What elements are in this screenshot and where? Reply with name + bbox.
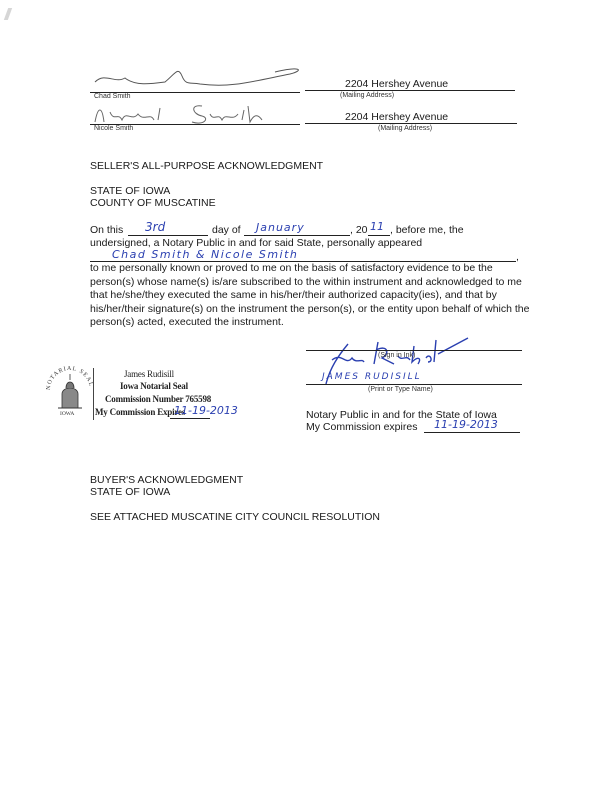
seal-title: Iowa Notarial Seal bbox=[120, 381, 188, 391]
year-line bbox=[368, 235, 390, 236]
address-label-nicole: (Mailing Address) bbox=[378, 125, 432, 132]
year-value: 11 bbox=[370, 220, 384, 233]
signature-nicole-smith bbox=[92, 100, 272, 126]
seal-expires-line bbox=[170, 418, 210, 419]
on-this-label: On this bbox=[90, 224, 123, 237]
address-line-nicole bbox=[305, 123, 517, 124]
commission-expires-label: My Commission expires bbox=[306, 421, 417, 434]
buyer-ack-state: STATE OF IOWA bbox=[90, 486, 170, 499]
year-prefix: , 20 bbox=[350, 224, 368, 237]
month-line bbox=[244, 235, 350, 236]
signer-name-nicole: Nicole Smith bbox=[94, 125, 133, 132]
seller-ack-title: SELLER'S ALL-PURPOSE ACKNOWLEDGMENT bbox=[90, 160, 323, 173]
notary-print-line bbox=[306, 384, 522, 385]
signer-name-chad: Chad Smith bbox=[94, 93, 131, 100]
acknowledgment-body: to me personally known or proved to me o… bbox=[90, 262, 530, 330]
seal-expires-label: My Commission Expires bbox=[95, 407, 185, 417]
signature-chad-smith bbox=[90, 64, 310, 94]
notary-printed-name: JAMES RUDISILL bbox=[322, 372, 422, 382]
commission-expires-value: 11-19-2013 bbox=[434, 418, 498, 431]
notarial-seal-icon: NOTARIAL SEAL IOWA bbox=[44, 364, 94, 416]
scan-artifact bbox=[4, 8, 12, 20]
seller-ack-county: COUNTY OF MUSCATINE bbox=[90, 197, 216, 210]
seal-state-text: IOWA bbox=[60, 411, 74, 417]
seal-expires-value: 11-19-2013 bbox=[174, 404, 238, 417]
seal-commission-number: Commission Number 765598 bbox=[105, 394, 211, 404]
seal-divider bbox=[93, 368, 94, 420]
notary-sign-line bbox=[306, 350, 522, 351]
day-of-label: day of bbox=[212, 224, 241, 237]
commission-expires-line bbox=[424, 432, 520, 433]
month-value: January bbox=[256, 221, 305, 234]
day-value: 3rd bbox=[145, 220, 165, 234]
appeared-value: Chad Smith & Nicole Smith bbox=[112, 248, 298, 261]
before-me-label: , before me, the bbox=[390, 224, 464, 237]
seal-notary-name: James Rudisill bbox=[124, 369, 174, 379]
sign-in-ink-label: (Sign in Ink) bbox=[378, 352, 415, 359]
address-line-chad bbox=[305, 90, 515, 91]
address-label-chad: (Mailing Address) bbox=[340, 92, 394, 99]
buyer-ack-note: SEE ATTACHED MUSCATINE CITY COUNCIL RESO… bbox=[90, 511, 380, 524]
day-line bbox=[128, 235, 208, 236]
print-name-label: (Print or Type Name) bbox=[368, 386, 433, 393]
